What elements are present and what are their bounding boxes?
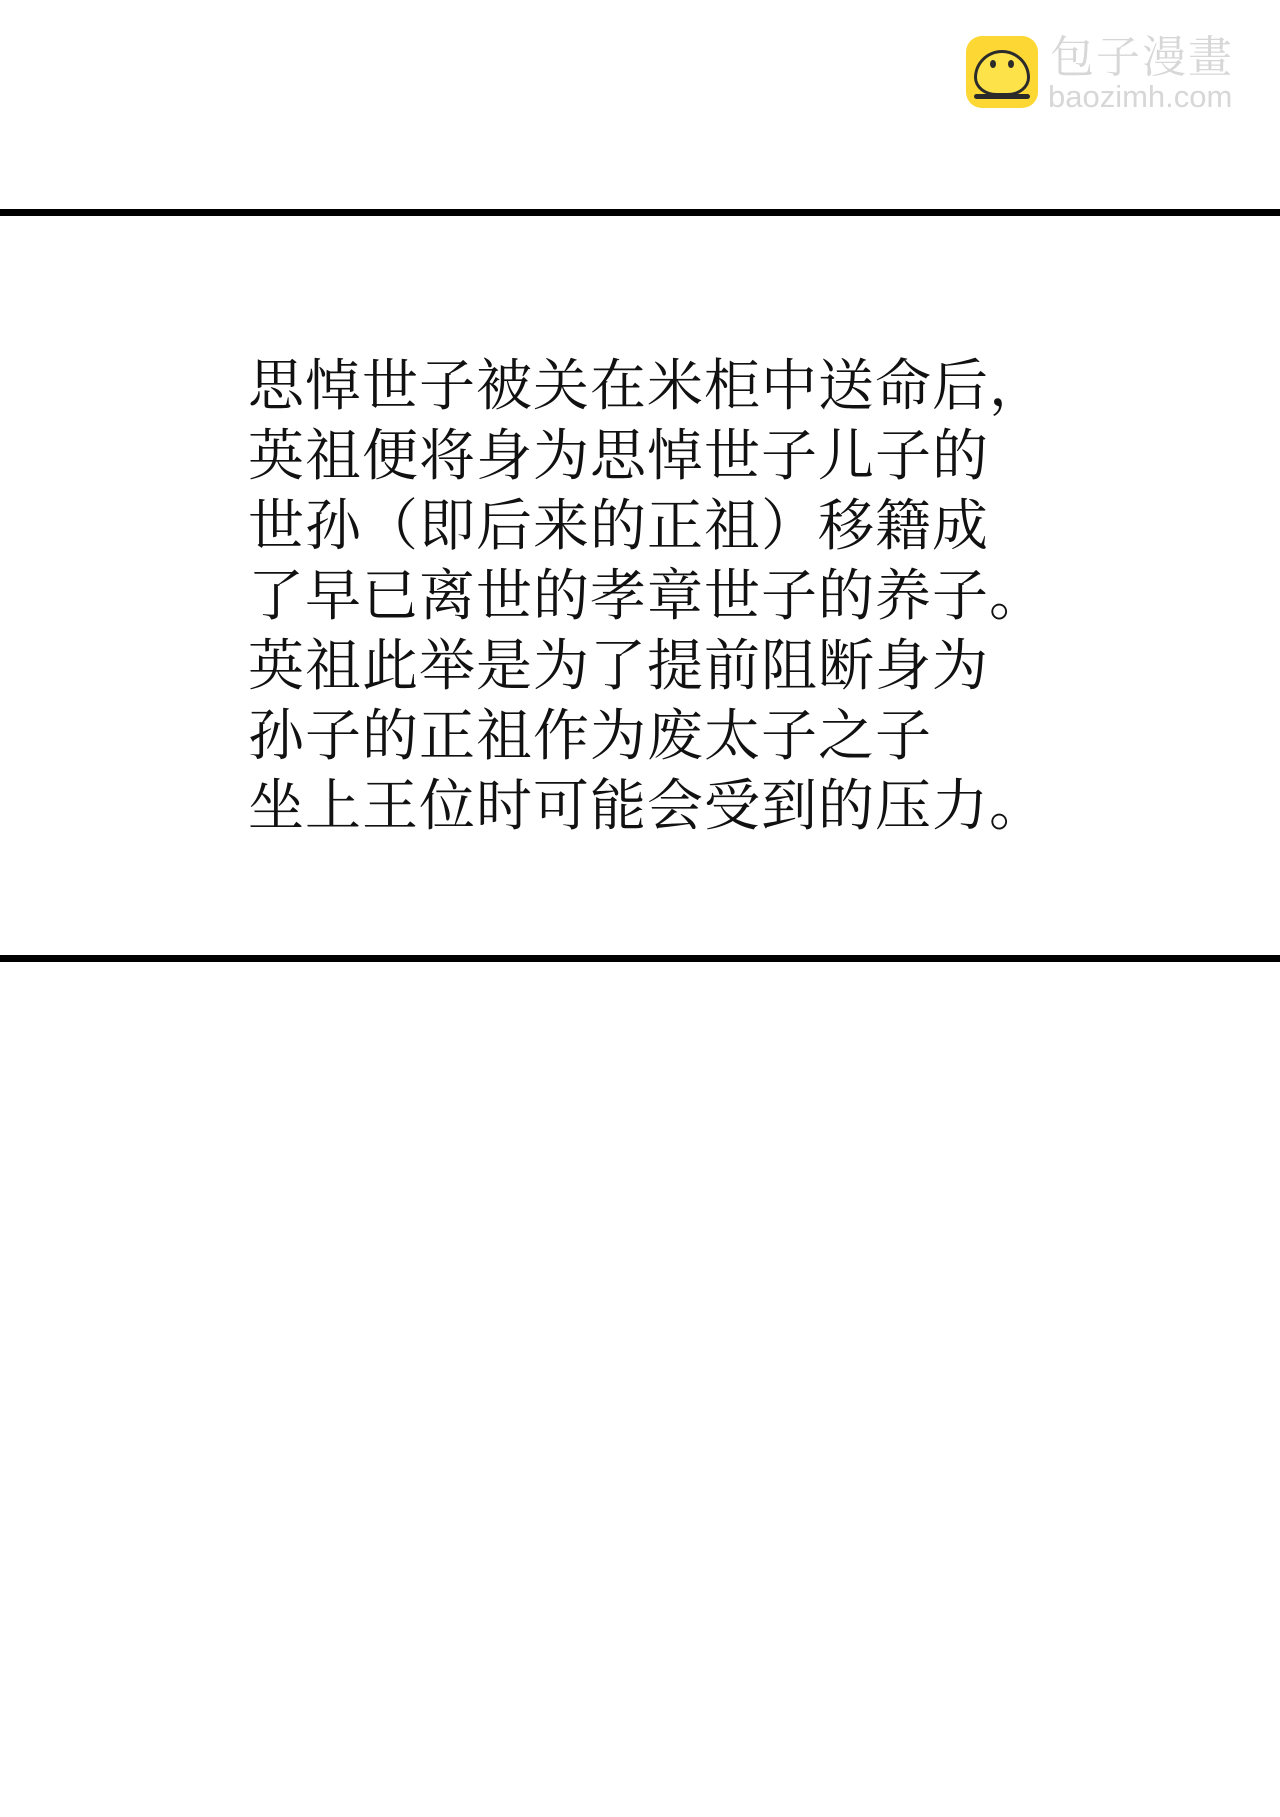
caption-line: 英祖此举是为了提前阻断身为 bbox=[248, 632, 1248, 702]
top-divider bbox=[0, 209, 1280, 216]
watermark-url: baozimh.com bbox=[1048, 80, 1232, 114]
watermark-title: 包子漫畫 bbox=[1050, 34, 1234, 82]
bun-eye-right bbox=[1008, 60, 1014, 68]
bun-eye-left bbox=[990, 60, 996, 68]
caption-text-block: 思悼世子被关在米柜中送命后， 英祖便将身为思悼世子儿子的 世孙（即后来的正祖）移… bbox=[248, 352, 1248, 842]
caption-line: 思悼世子被关在米柜中送命后， bbox=[248, 352, 1248, 422]
caption-line: 了早已离世的孝章世子的养子。 bbox=[248, 562, 1248, 632]
watermark: 包子漫畫 baozimh.com bbox=[966, 34, 1266, 114]
caption-line: 坐上王位时可能会受到的压力。 bbox=[248, 772, 1248, 842]
caption-line: 世孙（即后来的正祖）移籍成 bbox=[248, 492, 1248, 562]
bun-shape bbox=[974, 50, 1030, 96]
bun-base bbox=[974, 94, 1030, 99]
caption-line: 英祖便将身为思悼世子儿子的 bbox=[248, 422, 1248, 492]
caption-line: 孙子的正祖作为废太子之子 bbox=[248, 702, 1248, 772]
steamed-bun-icon bbox=[966, 36, 1038, 108]
bottom-divider bbox=[0, 955, 1280, 962]
